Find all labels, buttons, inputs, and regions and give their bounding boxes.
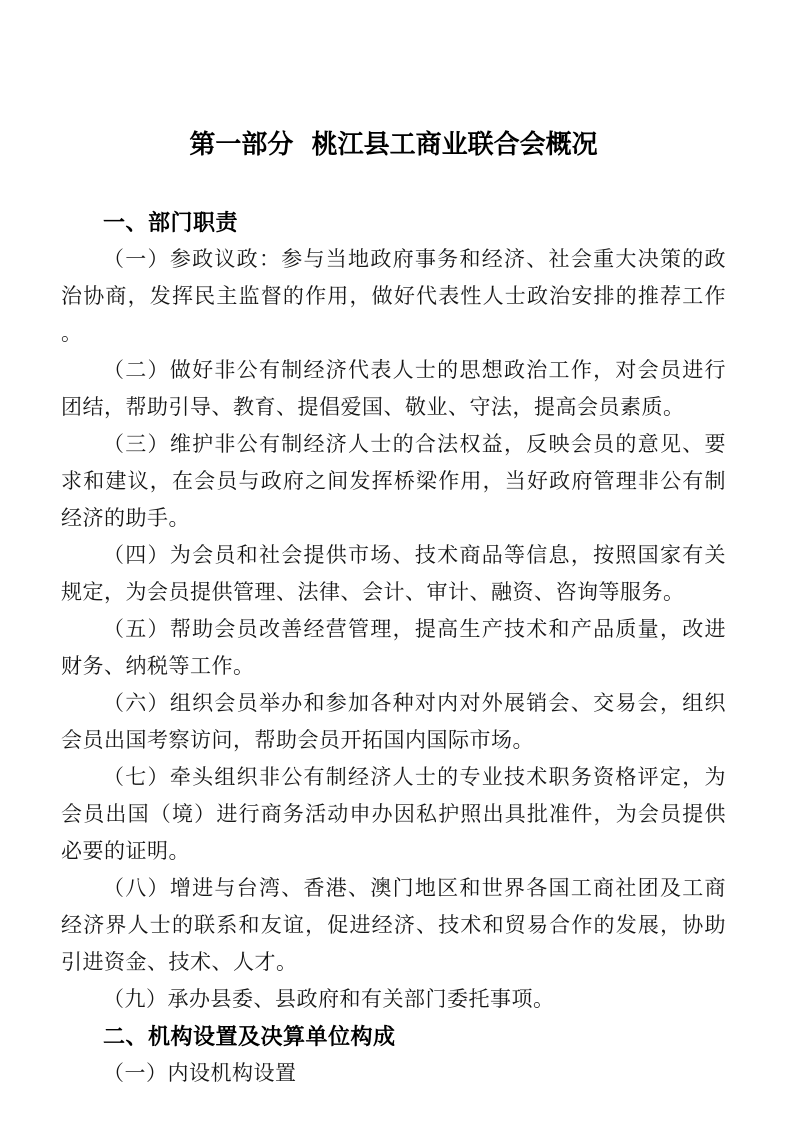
paragraph-line: （七）牵头组织非公有制经济人士的专业技术职务资格评定，为 xyxy=(61,759,726,796)
paragraph-line: （二）做好非公有制经济代表人士的思想政治工作，对会员进行 xyxy=(61,352,726,389)
paragraph-line: （一）内设机构设置 xyxy=(61,1055,726,1092)
paragraph-line: 必要的证明。 xyxy=(61,833,726,870)
document-title: 第一部分 桃江县工商业联合会概况 xyxy=(61,130,726,160)
paragraph-line: 团结，帮助引导、教育、提倡爱国、敬业、守法，提高会员素质。 xyxy=(61,389,726,426)
paragraph-line: 财务、纳税等工作。 xyxy=(61,648,726,685)
paragraph-line: 经济的助手。 xyxy=(61,500,726,537)
paragraph-line: 规定，为会员提供管理、法律、会计、审计、融资、咨询等服务。 xyxy=(61,574,726,611)
paragraph-line: （四）为会员和社会提供市场、技术商品等信息，按照国家有关 xyxy=(61,537,726,574)
paragraph-line: 引进资金、技术、人才。 xyxy=(61,944,726,981)
section-heading: 一、部门职责 xyxy=(61,204,726,241)
paragraph-line: （九）承办县委、县政府和有关部门委托事项。 xyxy=(61,981,726,1018)
paragraph-line: （八）增进与台湾、香港、澳门地区和世界各国工商社团及工商 xyxy=(61,870,726,907)
paragraph-line: （五）帮助会员改善经营管理，提高生产技术和产品质量，改进 xyxy=(61,611,726,648)
paragraph-line: （六）组织会员举办和参加各种对内对外展销会、交易会，组织 xyxy=(61,685,726,722)
paragraph-line: （三）维护非公有制经济人士的合法权益，反映会员的意见、要 xyxy=(61,426,726,463)
paragraph-line: 会员出国（境）进行商务活动申办因私护照出具批准件，为会员提供 xyxy=(61,796,726,833)
paragraph-line: 会员出国考察访问，帮助会员开拓国内国际市场。 xyxy=(61,722,726,759)
paragraph-line: 。 xyxy=(61,315,726,352)
document-page: 第一部分 桃江县工商业联合会概况 一、部门职责（一）参政议政：参与当地政府事务和… xyxy=(0,0,793,1122)
paragraph-line: 经济界人士的联系和友谊，促进经济、技术和贸易合作的发展，协助 xyxy=(61,907,726,944)
paragraph-line: （一）参政议政：参与当地政府事务和经济、社会重大决策的政 xyxy=(61,241,726,278)
paragraph-line: 治协商，发挥民主监督的作用，做好代表性人士政治安排的推荐工作 xyxy=(61,278,726,315)
section-heading: 二、机构设置及决算单位构成 xyxy=(61,1018,726,1055)
document-body: 一、部门职责（一）参政议政：参与当地政府事务和经济、社会重大决策的政治协商，发挥… xyxy=(61,204,726,1092)
paragraph-line: 求和建议，在会员与政府之间发挥桥梁作用，当好政府管理非公有制 xyxy=(61,463,726,500)
